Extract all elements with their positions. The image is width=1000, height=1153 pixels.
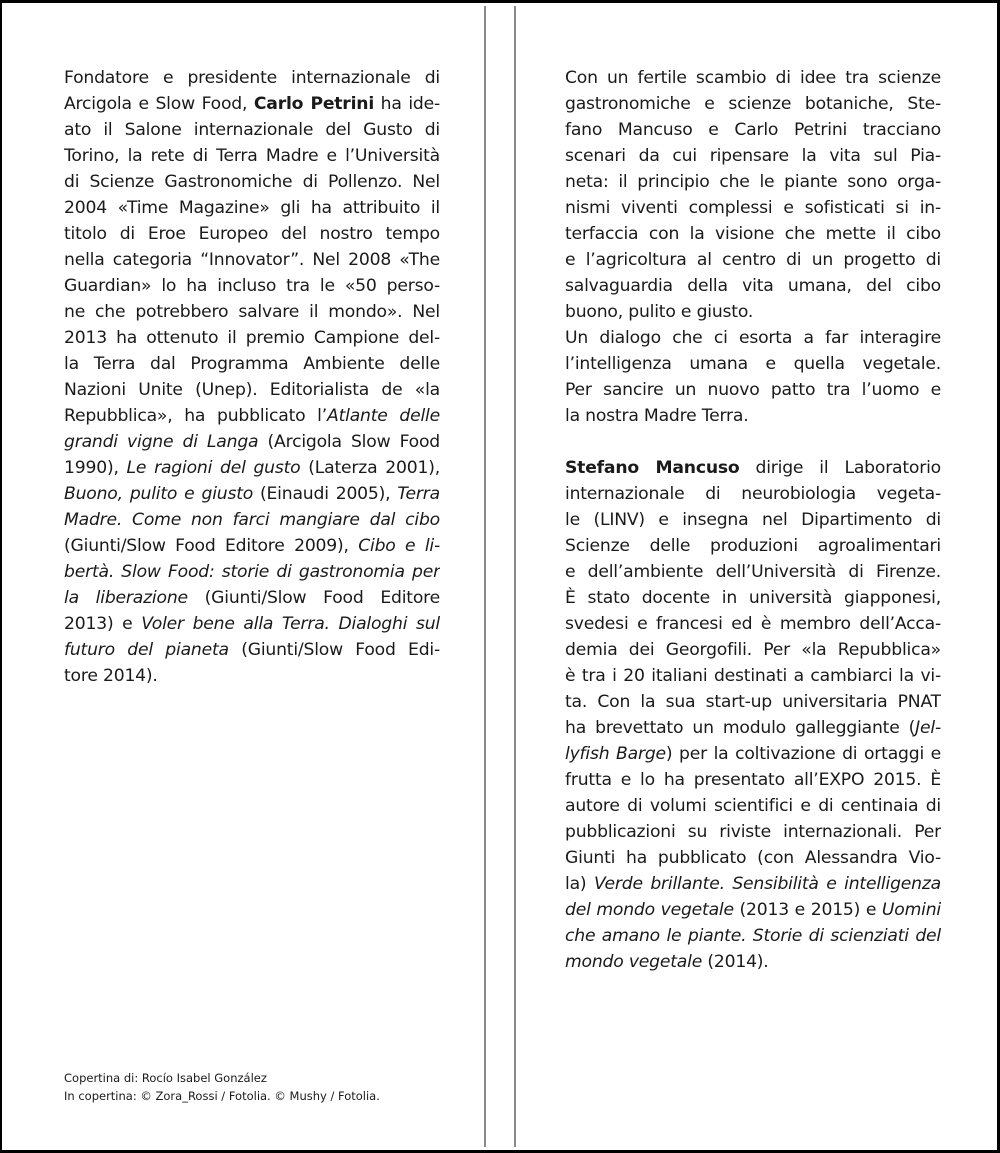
author-bio-mancuso: Stefano Mancuso dirige il Laboratorioint…	[565, 455, 941, 975]
text-run: è tra i 20 italiani destinati a cambiarc…	[565, 666, 941, 686]
author-bio-petrini: Fondatore e presidente internazionale di…	[64, 65, 440, 689]
text-run: È stato docente in università giapponesi…	[565, 588, 941, 608]
text-line: futuro del pianeta (Giunti/Slow Food Edi…	[64, 637, 440, 663]
text-line: l’intelligenza umana e quella vegetale.	[565, 351, 941, 377]
text-run: nella categoria “Innovator”. Nel 2008 «T…	[64, 250, 440, 270]
text-line: 2004 «Time Magazine» gli ha attribuito i…	[64, 195, 440, 221]
italic-title: la liberazione	[64, 588, 188, 608]
text-run: Repubblica», ha pubblicato l’	[64, 406, 327, 426]
italic-title: Voler bene alla Terra. Dialoghi sul	[141, 614, 440, 634]
text-line: è tra i 20 italiani destinati a cambiarc…	[565, 663, 941, 689]
text-run: autore di volumi scientifici e di centin…	[565, 796, 941, 816]
text-run: frutta e lo ha presentato all’EXPO 2015.…	[565, 770, 941, 790]
text-run: la Terra dal Programma Ambiente delle	[64, 354, 440, 374]
text-run: buono, pulito e giusto.	[565, 302, 753, 322]
cover-designer-credit: Copertina di: Rocío Isabel González	[64, 1069, 380, 1087]
text-run: terfaccia con la visione che mette il ci…	[565, 224, 941, 244]
text-line: fano Mancuso e Carlo Petrini tracciano	[565, 117, 941, 143]
text-run: Fondatore e presidente internazionale di	[64, 68, 440, 88]
text-line: Madre. Come non farci mangiare dal cibo	[64, 507, 440, 533]
italic-title: Atlante delle	[327, 406, 440, 426]
text-run: (Giunti/Slow Food Editore	[188, 588, 440, 608]
text-line: le (LINV) e insegna nel Dipartimento di	[565, 507, 941, 533]
text-line: Fondatore e presidente internazionale di	[64, 65, 440, 91]
text-run: (Giunti/Slow Food Editore 2009),	[64, 536, 358, 556]
book-flap-spread: Fondatore e presidente internazionale di…	[0, 0, 1000, 1153]
text-run: Scienze delle produzioni agroalimentari	[565, 536, 941, 556]
text-run: Nazioni Unite (Unep). Editorialista de «…	[64, 380, 440, 400]
fold-line-right	[514, 6, 516, 1147]
fold-line-left	[484, 6, 486, 1147]
text-line: Guardian» lo ha incluso tra le «50 perso…	[64, 273, 440, 299]
italic-title: che amano le piante. Storie di scienziat…	[565, 926, 941, 946]
text-run: l’intelligenza umana e quella vegetale.	[565, 354, 941, 374]
text-run: internazionale di neurobiologia vegeta-	[565, 484, 941, 504]
book-blurb: Con un fertile scambio di idee tra scien…	[565, 65, 941, 429]
text-run: fano Mancuso e Carlo Petrini tracciano	[565, 120, 941, 140]
text-line: ne che potrebbero salvare il mondo». Nel	[64, 299, 440, 325]
text-line: Scienze delle produzioni agroalimentari	[565, 533, 941, 559]
text-line: È stato docente in università giapponesi…	[565, 585, 941, 611]
text-line: salvaguardia della vita umana, del cibo	[565, 273, 941, 299]
text-line: 2013 ha ottenuto il premio Campione del-	[64, 325, 440, 351]
bold-name: Stefano Mancuso	[565, 458, 740, 478]
text-line: la liberazione (Giunti/Slow Food Editore	[64, 585, 440, 611]
text-run: 1990),	[64, 458, 127, 478]
text-line: scenari da cui ripensare la vita sul Pia…	[565, 143, 941, 169]
text-line: Nazioni Unite (Unep). Editorialista de «…	[64, 377, 440, 403]
text-run: di Scienze Gastronomiche di Pollenzo. Ne…	[64, 172, 440, 192]
text-line: bertà. Slow Food: storie di gastronomia …	[64, 559, 440, 585]
text-line: Un dialogo che ci esorta a far interagir…	[565, 325, 941, 351]
text-line: tore 2014).	[64, 663, 440, 689]
text-run: ha brevettato un modulo galleggiante (	[565, 718, 915, 738]
text-line: e dell’ambiente dell’Università di Firen…	[565, 559, 941, 585]
italic-title: del mondo vegetale	[565, 900, 734, 920]
text-run: (2013 e 2015) e	[734, 900, 882, 920]
cover-image-credit: In copertina: © Zora_Rossi / Fotolia. © …	[64, 1087, 380, 1105]
text-run: (Giunti/Slow Food Edi-	[229, 640, 440, 660]
text-line: nella categoria “Innovator”. Nel 2008 «T…	[64, 247, 440, 273]
text-line: demia dei Georgofili. Per «la Repubblica…	[565, 637, 941, 663]
text-line: Torino, la rete di Terra Madre e l’Unive…	[64, 143, 440, 169]
text-line: svedesi e francesi ed è membro dell’Acca…	[565, 611, 941, 637]
text-line: del mondo vegetale (2013 e 2015) e Uomin…	[565, 897, 941, 923]
text-run: 2004 «Time Magazine» gli ha attribuito i…	[64, 198, 440, 218]
italic-title: Terra	[397, 484, 440, 504]
text-line: Arcigola e Slow Food, Carlo Petrini ha i…	[64, 91, 440, 117]
text-line: Con un fertile scambio di idee tra scien…	[565, 65, 941, 91]
text-line: Buono, pulito e giusto (Einaudi 2005), T…	[64, 481, 440, 507]
text-line: titolo di Eroe Europeo del nostro tempo	[64, 221, 440, 247]
text-run: tore 2014).	[64, 666, 158, 686]
text-line: buono, pulito e giusto.	[565, 299, 941, 325]
cover-credits: Copertina di: Rocío Isabel González In c…	[64, 1069, 380, 1105]
text-run: nismi viventi complessi e sofisticati si…	[565, 198, 941, 218]
italic-title: Uomini	[882, 900, 941, 920]
italic-title: Le ragioni del gusto	[127, 458, 301, 478]
italic-title: Verde brillante. Sensibilità e intellige…	[594, 874, 941, 894]
text-line: pubblicazioni su riviste internazionali.…	[565, 819, 941, 845]
text-run: salvaguardia della vita umana, del cibo	[565, 276, 941, 296]
text-line: terfaccia con la visione che mette il ci…	[565, 221, 941, 247]
text-run: e dell’ambiente dell’Università di Firen…	[565, 562, 941, 582]
italic-title: futuro del pianeta	[64, 640, 229, 660]
text-run: neta: il principio che le piante sono or…	[565, 172, 941, 192]
text-run: Torino, la rete di Terra Madre e l’Unive…	[64, 146, 440, 166]
paragraph-spacer	[565, 429, 941, 455]
text-run: pubblicazioni su riviste internazionali.…	[565, 822, 941, 842]
text-run: la)	[565, 874, 594, 894]
text-run: ne che potrebbero salvare il mondo». Nel	[64, 302, 440, 322]
text-run: e l’agricoltura al centro di un progetto…	[565, 250, 941, 270]
text-run: Un dialogo che ci esorta a far interagir…	[565, 328, 941, 348]
text-line: la) Verde brillante. Sensibilità e intel…	[565, 871, 941, 897]
text-line: mondo vegetale (2014).	[565, 949, 941, 975]
text-run: le (LINV) e insegna nel Dipartimento di	[565, 510, 941, 530]
text-run: Per sancire un nuovo patto tra l’uomo e	[565, 380, 941, 400]
text-line: e l’agricoltura al centro di un progetto…	[565, 247, 941, 273]
italic-title: Cibo e li-	[358, 536, 440, 556]
text-run: Giunti ha pubblicato (con Alessandra Vio…	[565, 848, 941, 868]
text-line: ta. Con la sua start-up universitaria PN…	[565, 689, 941, 715]
text-run: (2014).	[702, 952, 768, 972]
text-run: ta. Con la sua start-up universitaria PN…	[565, 692, 941, 712]
text-run: ha ide-	[374, 94, 440, 114]
text-line: 2013) e Voler bene alla Terra. Dialoghi …	[64, 611, 440, 637]
text-line: Stefano Mancuso dirige il Laboratorio	[565, 455, 941, 481]
text-run: 2013) e	[64, 614, 141, 634]
italic-title: lyfish Barge	[565, 744, 666, 764]
text-line: ato il Salone internazionale del Gusto d…	[64, 117, 440, 143]
text-line: frutta e lo ha presentato all’EXPO 2015.…	[565, 767, 941, 793]
text-line: Repubblica», ha pubblicato l’Atlante del…	[64, 403, 440, 429]
text-line: gastronomiche e scienze botaniche, Ste-	[565, 91, 941, 117]
text-run: (Einaudi 2005),	[253, 484, 397, 504]
italic-title: mondo vegetale	[565, 952, 702, 972]
text-line: autore di volumi scientifici e di centin…	[565, 793, 941, 819]
italic-title: Jel-	[915, 718, 941, 738]
text-line: di Scienze Gastronomiche di Pollenzo. Ne…	[64, 169, 440, 195]
text-run: la nostra Madre Terra.	[565, 406, 749, 426]
text-line: internazionale di neurobiologia vegeta-	[565, 481, 941, 507]
text-run: Arcigola e Slow Food,	[64, 94, 254, 114]
text-line: (Giunti/Slow Food Editore 2009), Cibo e …	[64, 533, 440, 559]
text-run: ato il Salone internazionale del Gusto d…	[64, 120, 440, 140]
text-line: ha brevettato un modulo galleggiante (Je…	[565, 715, 941, 741]
text-line: 1990), Le ragioni del gusto (Laterza 200…	[64, 455, 440, 481]
italic-title: grandi vigne di Langa	[64, 432, 258, 452]
text-line: Per sancire un nuovo patto tra l’uomo e	[565, 377, 941, 403]
text-run: scenari da cui ripensare la vita sul Pia…	[565, 146, 941, 166]
text-run: ) per la coltivazione di ortaggi e	[666, 744, 941, 764]
text-run: svedesi e francesi ed è membro dell’Acca…	[565, 614, 941, 634]
text-line: neta: il principio che le piante sono or…	[565, 169, 941, 195]
text-run: Guardian» lo ha incluso tra le «50 perso…	[64, 276, 440, 296]
right-flap: Con un fertile scambio di idee tra scien…	[565, 65, 941, 975]
italic-title: Buono, pulito e giusto	[64, 484, 253, 504]
text-line: lyfish Barge) per la coltivazione di ort…	[565, 741, 941, 767]
italic-title: Madre. Come non farci mangiare dal cibo	[64, 510, 440, 530]
text-line: Giunti ha pubblicato (con Alessandra Vio…	[565, 845, 941, 871]
text-run: titolo di Eroe Europeo del nostro tempo	[64, 224, 440, 244]
text-run: dirige il Laboratorio	[740, 458, 942, 478]
text-line: che amano le piante. Storie di scienziat…	[565, 923, 941, 949]
text-run: demia dei Georgofili. Per «la Repubblica…	[565, 640, 941, 660]
text-line: la nostra Madre Terra.	[565, 403, 941, 429]
text-run: 2013 ha ottenuto il premio Campione del-	[64, 328, 440, 348]
text-run: (Arcigola Slow Food	[258, 432, 440, 452]
text-line: la Terra dal Programma Ambiente delle	[64, 351, 440, 377]
text-line: nismi viventi complessi e sofisticati si…	[565, 195, 941, 221]
italic-title: bertà. Slow Food: storie di gastronomia …	[64, 562, 440, 582]
text-run: (Laterza 2001),	[300, 458, 440, 478]
text-run: gastronomiche e scienze botaniche, Ste-	[565, 94, 941, 114]
text-line: grandi vigne di Langa (Arcigola Slow Foo…	[64, 429, 440, 455]
text-run: Con un fertile scambio di idee tra scien…	[565, 68, 941, 88]
bold-name: Carlo Petrini	[254, 94, 374, 114]
